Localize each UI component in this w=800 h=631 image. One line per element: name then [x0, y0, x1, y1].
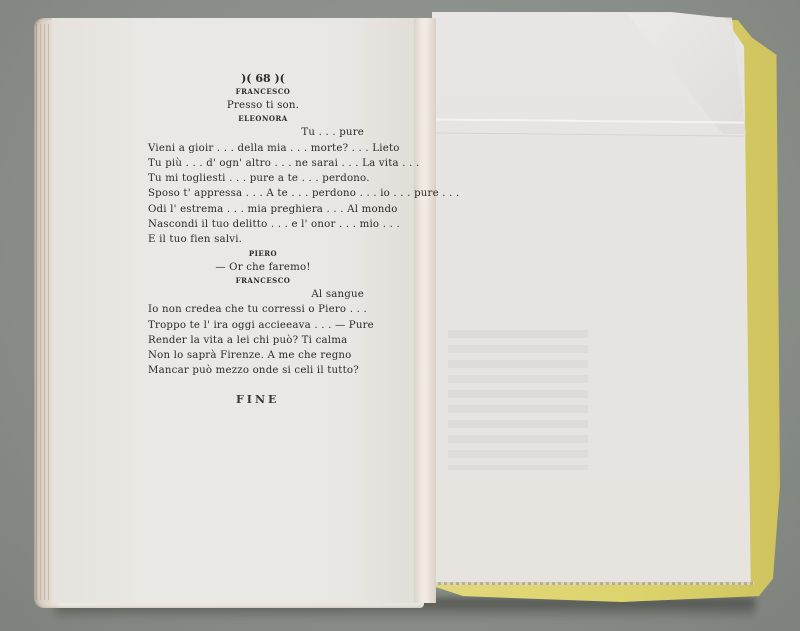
verse-line: Troppo te l' ira oggi accieeava . . . — …: [148, 318, 378, 333]
verse-line: Tu più . . . d' ogn' altro . . . ne sara…: [148, 156, 378, 171]
book-gutter: [414, 18, 436, 603]
verse-line: Al sangue: [148, 287, 378, 302]
verse-line: — Or che faremo!: [148, 260, 378, 275]
speaker-name: FRANCESCO: [148, 275, 378, 287]
verse-line: Tu mi togliesti . . . pure a te . . . pe…: [148, 171, 378, 186]
play-text: )( 68 )( FRANCESCO Presso ti son. ELEONO…: [148, 72, 378, 379]
speaker-name: ELEONORA: [148, 113, 378, 125]
verse-line: Render la vita a lei chi può? Ti calma: [148, 333, 378, 348]
verse-line: Vieni a gioir . . . della mia . . . mort…: [148, 141, 378, 156]
verse-line: Presso ti son.: [148, 98, 378, 113]
verse-line: Non lo saprà Firenze. A me che regno: [148, 348, 378, 363]
deckle-edge: [432, 582, 754, 585]
verse-line: Sposo t' appressa . . . A te . . . perdo…: [148, 186, 378, 201]
end-mark: FINE: [236, 393, 279, 406]
speaker-name: FRANCESCO: [148, 86, 378, 98]
speaker-name: PIERO: [148, 248, 378, 260]
verse-line: Io non credea che tu corressi o Piero . …: [148, 302, 378, 317]
verse-line: Tu . . . pure: [148, 125, 378, 140]
verse-line: Nascondi il tuo delitto . . . e l' onor …: [148, 217, 378, 232]
verse-line: E il tuo fien salvi.: [148, 232, 378, 247]
page-number: )( 68 )(: [148, 72, 378, 86]
bleed-through-text: [448, 330, 588, 470]
verse-line: Mancar può mezzo onde si celi il tutto?: [148, 363, 378, 378]
verse-line: Odi l' estrema . . . mia preghiera . . .…: [148, 202, 378, 217]
